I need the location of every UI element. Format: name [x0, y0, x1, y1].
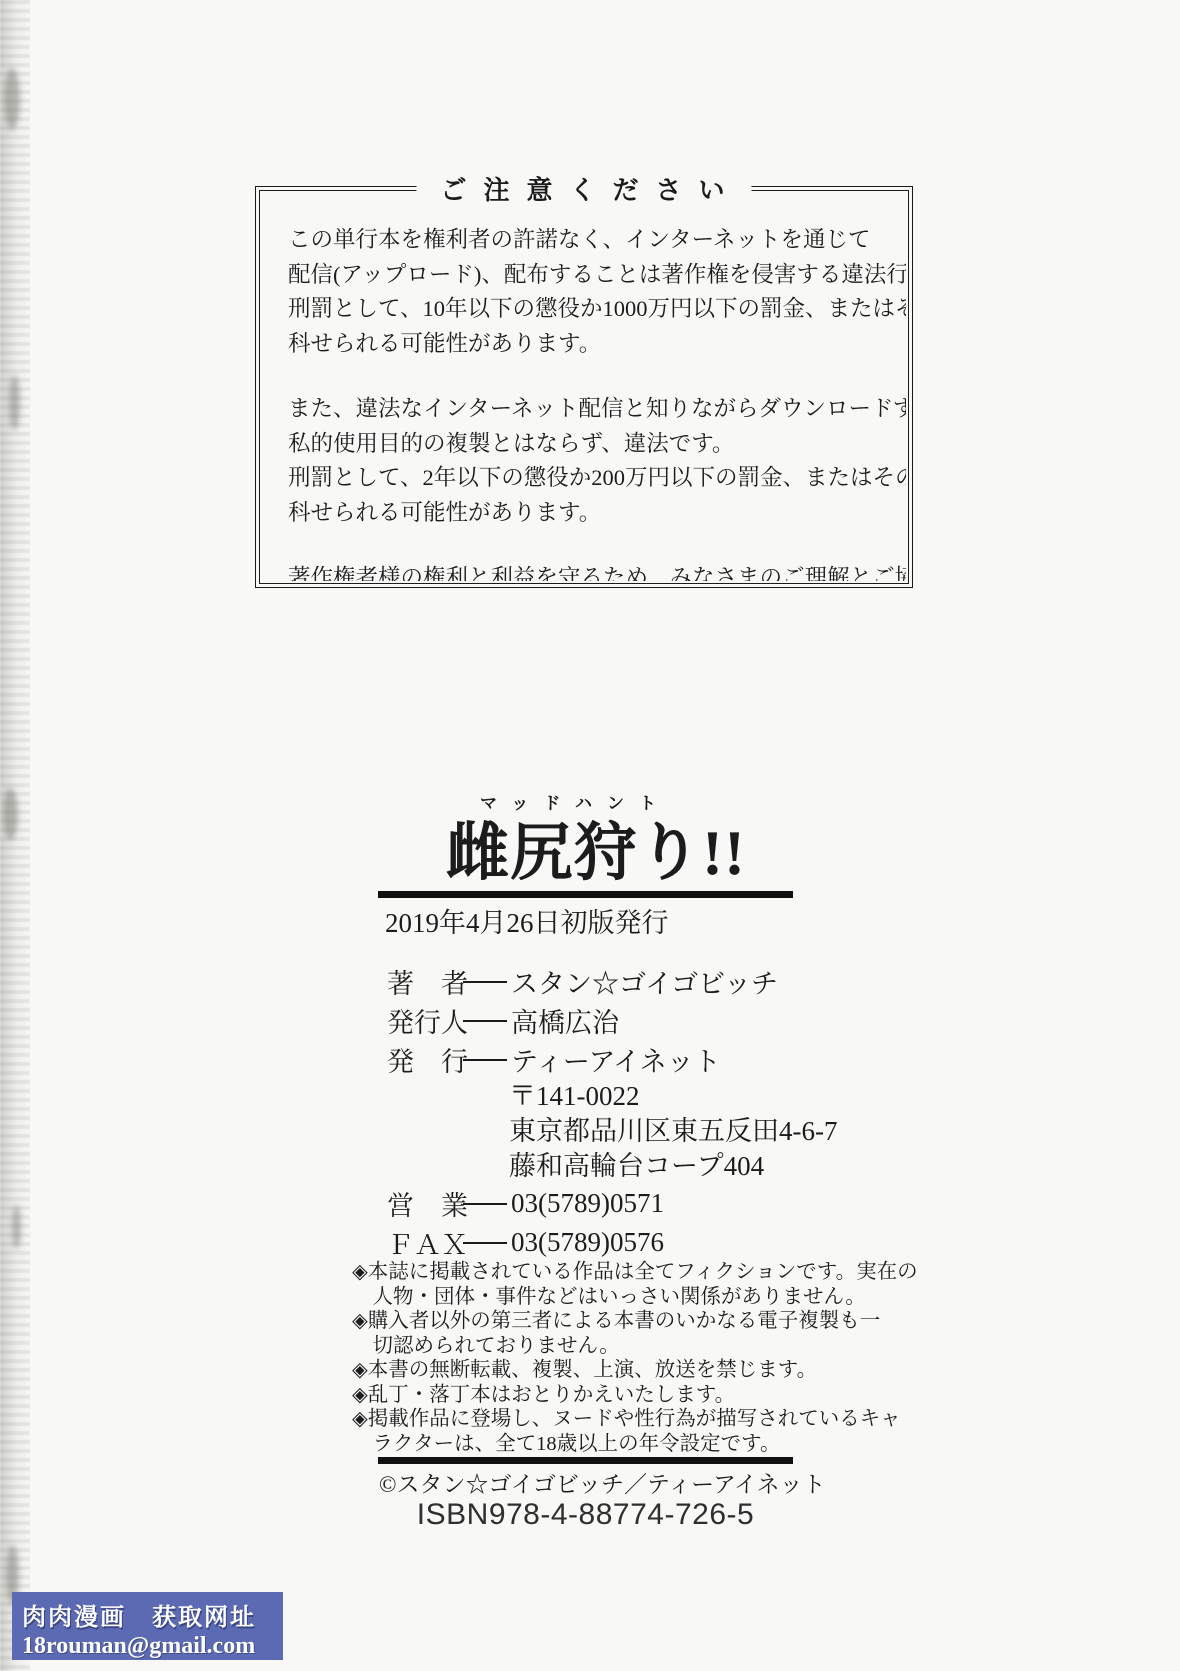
row-label: ＦＡＸ [387, 1223, 461, 1262]
footer-divider-rule [378, 1457, 793, 1464]
edition-date: 2019年4月26日初版発行 [385, 901, 669, 940]
copyright-line: ©スタン☆ゴイゴビッチ／ティーアイネット [379, 1466, 826, 1499]
colophon: 著 者 スタン☆ゴイゴビッチ 発行人 高橋広治 発 行 ティーアイネット 〒14… [387, 962, 837, 1262]
scan-edge-artifact [0, 0, 30, 1671]
colophon-row-author: 著 者 スタン☆ゴイゴビッチ [387, 962, 837, 1001]
colophon-row-fax: ＦＡＸ 03(5789)0576 [387, 1223, 837, 1262]
scanned-page: ご注意ください この単行本を権利者の許諾なく、インターネットを通じて配信(アップ… [0, 0, 1180, 1671]
scan-smudge [4, 68, 20, 130]
notice-paragraph: また、違法なインターネット配信と知りながらダウンロードする行為も、私的使用目的の… [288, 392, 886, 530]
leader-dash [463, 1242, 507, 1244]
leader-dash [463, 981, 507, 983]
leader-dash [463, 1020, 507, 1022]
row-label: 発 行 [387, 1040, 461, 1079]
isbn: ISBN978-4-88774-726-5 [378, 1498, 793, 1532]
row-value: ティーアイネット [511, 1040, 721, 1079]
row-value: スタン☆ゴイゴビッチ [511, 962, 778, 1001]
watermark-overlay: 肉肉漫画 获取网址 18rouman@gmail.com [12, 1592, 283, 1660]
book-title: 雌尻狩り!! [446, 802, 746, 893]
leader-dash [463, 1059, 507, 1061]
watermark-email: 18rouman@gmail.com [22, 1633, 275, 1660]
scan-smudge [9, 375, 20, 430]
publisher-address: 〒141-0022東京都品川区東五反田4-6-7藤和高輪台コープ404 [509, 1079, 837, 1184]
colophon-row-sales: 営 業 03(5789)0571 [387, 1184, 837, 1223]
scan-smudge [3, 788, 18, 840]
row-label: 発行人 [387, 1001, 461, 1040]
scan-smudge [12, 1205, 21, 1249]
colophon-row-publisher: 発 行 ティーアイネット [387, 1040, 837, 1079]
notice-content: この単行本を権利者の許諾なく、インターネットを通じて配信(アップロード)、配布す… [262, 193, 906, 581]
watermark-text: 肉肉漫画 获取网址 [22, 1597, 275, 1632]
notice-paragraph: この単行本を権利者の許諾なく、インターネットを通じて配信(アップロード)、配布す… [288, 223, 886, 361]
row-value: 03(5789)0576 [511, 1227, 664, 1258]
leader-dash [463, 1203, 507, 1205]
notice-paragraph: 著作権者様の権利と利益を守るため、みなさまのご理解とご協力をお願いいたします。 [288, 561, 886, 581]
legal-notes: ◈本誌に掲載されている作品は全てフィクションです。実在の 人物・団体・事件などは… [352, 1260, 918, 1456]
row-value: 03(5789)0571 [511, 1188, 664, 1219]
row-label: 著 者 [387, 962, 461, 1001]
copyright-notice-box: ご注意ください この単行本を権利者の許諾なく、インターネットを通じて配信(アップ… [255, 186, 913, 588]
colophon-row-publisher-person: 発行人 高橋広治 [387, 1001, 837, 1040]
title-divider-rule [378, 891, 793, 898]
row-value: 高橋広治 [511, 1001, 619, 1040]
row-label: 営 業 [387, 1184, 461, 1223]
